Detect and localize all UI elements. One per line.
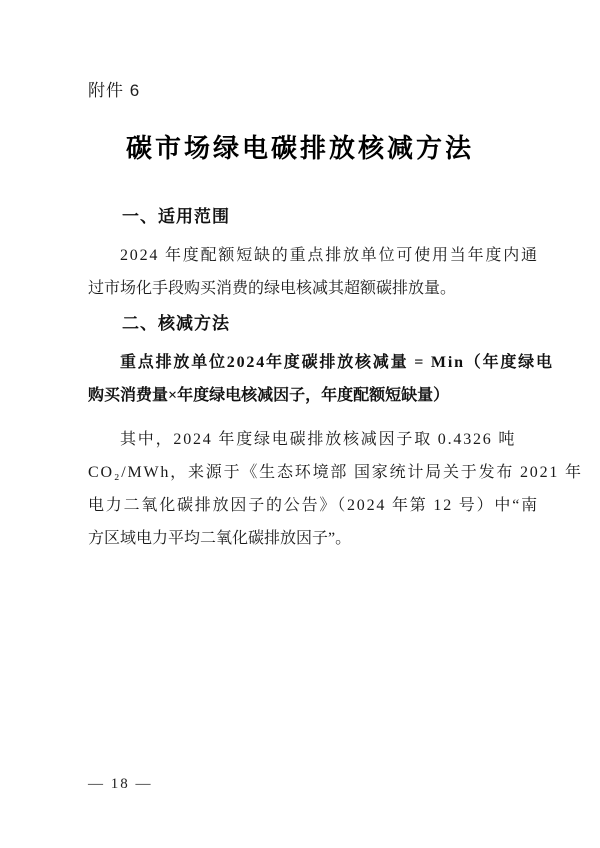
paragraph-line: 2024 年度配额短缺的重点排放单位可使用当年度内通 [88,239,512,272]
section-1-paragraph: 2024 年度配额短缺的重点排放单位可使用当年度内通 过市场化手段购买消费的绿电… [88,239,512,305]
section-1-heading: 一、适用范围 [88,206,512,228]
paragraph-line: 电力二氧化碳排放因子的公告》（2024 年第 12 号）中“南 [88,489,512,522]
formula-line: 购买消费量×年度绿电核减因子，年度配额短缺量） [88,379,512,412]
paragraph-line: CO₂/MWh，来源于《生态环境部 国家统计局关于发布 2021 年 [88,456,512,489]
formula-line: 重点排放单位2024年度碳排放核减量 = Min（年度绿电 [88,346,512,379]
paragraph-line: 过市场化手段购买消费的绿电核减其超额碳排放量。 [88,272,512,305]
attachment-label: 附件 6 [88,80,512,102]
paragraph-line: 方区域电力平均二氧化碳排放因子”。 [88,522,512,555]
formula-paragraph: 重点排放单位2024年度碳排放核减量 = Min（年度绿电 购买消费量×年度绿电… [88,346,512,412]
section-2-heading: 二、核减方法 [88,313,512,335]
document-title: 碳市场绿电碳排放核减方法 [88,130,512,168]
explanation-paragraph: 其中，2024 年度绿电碳排放核减因子取 0.4326 吨 CO₂/MWh，来源… [88,423,512,555]
page-number: — 18 — [88,774,153,794]
document-page: 附件 6 碳市场绿电碳排放核减方法 一、适用范围 2024 年度配额短缺的重点排… [0,0,600,848]
paragraph-line: 其中，2024 年度绿电碳排放核减因子取 0.4326 吨 [88,423,512,456]
